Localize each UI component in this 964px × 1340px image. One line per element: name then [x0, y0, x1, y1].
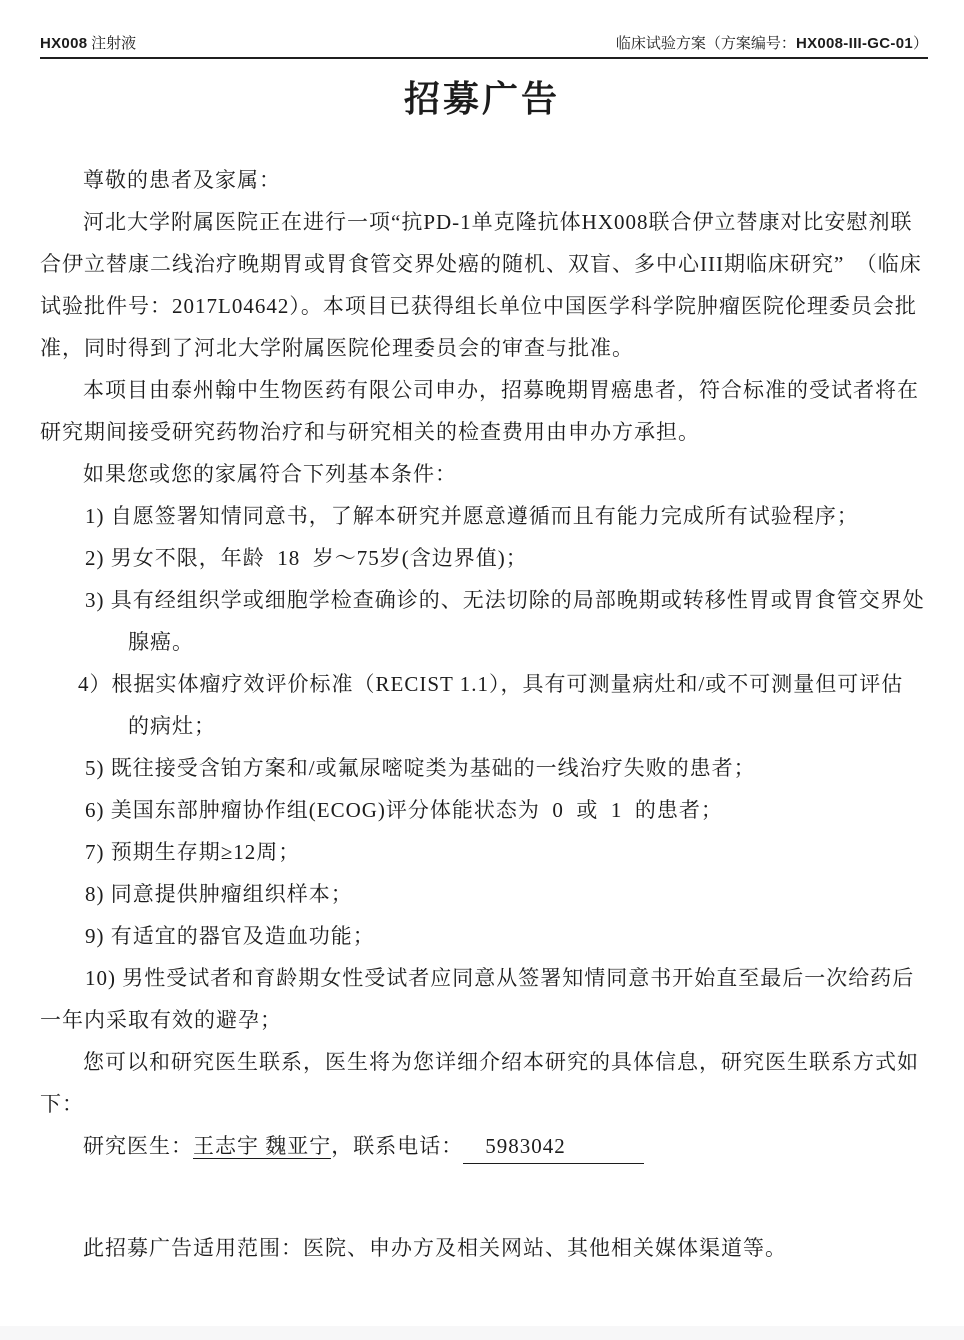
page-header: HX008 注射液 临床试验方案（方案编号：HX008-III-GC-01） — [40, 34, 928, 59]
doctor-names: 王志宇 魏亚宁 — [193, 1134, 331, 1159]
phone-label: ，联系电话： — [331, 1134, 463, 1158]
list-item-9: 9) 有适宜的器官及造血功能； — [40, 915, 928, 957]
page-bottom-edge — [0, 1326, 964, 1340]
list-item-4: 4）根据实体瘤疗效评价标准（RECIST 1.1），具有可测量病灶和/或不可测量… — [40, 663, 928, 705]
study-intro-line-4: 准，同时得到了河北大学附属医院伦理委员会的审查与批准。 — [40, 327, 928, 369]
header-left-drug-code: HX008 — [40, 35, 87, 52]
study-intro-line-3: 试验批件号：2017L04642）。本项目已获得组长单位中国医学科学院肿瘤医院伦… — [40, 285, 928, 327]
page-title: 招募广告 — [0, 75, 964, 123]
contact-intro-line-2: 下： — [40, 1083, 928, 1125]
list-item-1: 1) 自愿签署知情同意书，了解本研究并愿意遵循而且有能力完成所有试验程序； — [40, 495, 928, 537]
header-right-protocol-number: HX008-III-GC-01 — [796, 35, 913, 52]
sponsor-line-1: 本项目由泰州翰中生物医药有限公司申办，招募晚期胃癌患者，符合标准的受试者将在 — [40, 369, 928, 411]
document-page: HX008 注射液 临床试验方案（方案编号：HX008-III-GC-01） 招… — [0, 0, 964, 1340]
study-intro-line-2: 合伊立替康二线治疗晚期胃或胃食管交界处癌的随机、双盲、多中心III期临床研究” … — [40, 243, 928, 285]
document-body: 尊敬的患者及家属： 河北大学附属医院正在进行一项“抗PD-1单克隆抗体HX008… — [40, 159, 928, 1269]
study-intro-line-1: 河北大学附属医院正在进行一项“抗PD-1单克隆抗体HX008联合伊立替康对比安慰… — [40, 201, 928, 243]
sponsor-line-2: 研究期间接受研究药物治疗和与研究相关的检查费用由申办方承担。 — [40, 411, 928, 453]
header-right-close-paren: ） — [913, 36, 928, 52]
header-left-drug-name: 注射液 — [87, 36, 136, 52]
conditions-intro-line: 如果您或您的家属符合下列基本条件： — [40, 453, 928, 495]
contact-intro-line-1: 您可以和研究医生联系，医生将为您详细介绍本研究的具体信息，研究医生联系方式如 — [40, 1041, 928, 1083]
list-item-10-wrap: 一年内采取有效的避孕； — [40, 999, 928, 1041]
header-right: 临床试验方案（方案编号：HX008-III-GC-01） — [616, 34, 928, 54]
list-item-3: 3) 具有经组织学或细胞学检查确诊的、无法切除的局部晚期或转移性胃或胃食管交界处 — [40, 579, 928, 621]
header-left: HX008 注射液 — [40, 34, 136, 54]
list-item-10: 10) 男性受试者和育龄期女性受试者应同意从签署知情同意书开始直至最后一次给药后 — [40, 957, 928, 999]
doctor-label: 研究医生： — [83, 1134, 193, 1158]
list-item-4-wrap: 的病灶； — [40, 705, 928, 747]
list-item-6: 6) 美国东部肿瘤协作组(ECOG)评分体能状态为 0 或 1 的患者； — [40, 789, 928, 831]
doctor-contact-line: 研究医生：王志宇 魏亚宁，联系电话：5983042 — [40, 1125, 928, 1167]
list-item-7: 7) 预期生存期≥12周； — [40, 831, 928, 873]
scope-line: 此招募广告适用范围：医院、申办方及相关网站、其他相关媒体渠道等。 — [40, 1227, 928, 1269]
list-item-3-wrap: 腺癌。 — [40, 621, 928, 663]
list-item-5: 5) 既往接受含铂方案和/或氟尿嘧啶类为基础的一线治疗失败的患者； — [40, 747, 928, 789]
list-item-2: 2) 男女不限，年龄 18 岁～75岁(含边界值)； — [40, 537, 928, 579]
list-item-8: 8) 同意提供肿瘤组织样本； — [40, 873, 928, 915]
phone-number: 5983042 — [463, 1129, 644, 1164]
salutation-line: 尊敬的患者及家属： — [40, 159, 928, 201]
header-right-protocol-label: 临床试验方案（方案编号： — [616, 36, 796, 52]
